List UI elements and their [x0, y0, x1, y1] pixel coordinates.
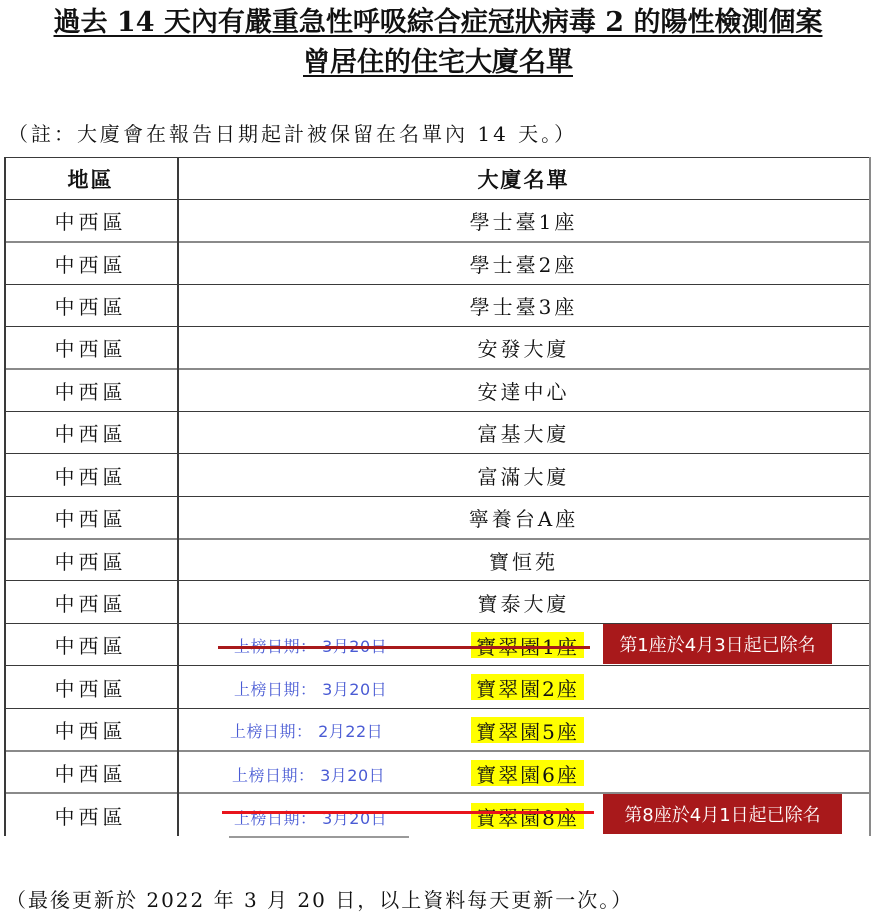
- table-row: 中西區 上榜日期： 3月20日 寶翠園1座 第1座於4月3日起已除名: [4, 623, 870, 665]
- title-line-1: 過去 14 天內有嚴重急性呼吸綜合症冠狀病毒 2 的陽性檢測個案: [0, 6, 876, 40]
- gray-underline: [229, 836, 409, 838]
- building-cell-highlighted: 寶翠園6座: [471, 760, 584, 786]
- table-right-border: [869, 157, 871, 836]
- district-cell: 中西區: [4, 454, 177, 496]
- district-cell: 中西區: [4, 497, 177, 538]
- listing-date: 上榜日期： 3月20日: [234, 677, 387, 700]
- listing-date: 上榜日期： 3月20日: [232, 763, 385, 786]
- district-cell: 中西區: [4, 666, 177, 708]
- table-row: 中西區 寶泰大廈: [4, 580, 870, 623]
- listing-date: 上榜日期： 3月20日: [234, 806, 387, 829]
- building-cell: 學士臺2座: [177, 243, 870, 284]
- district-cell: 中西區: [4, 370, 177, 411]
- building-cell: 學士臺3座: [177, 285, 870, 326]
- building-cell: 學士臺1座: [177, 200, 870, 241]
- table-row: 中西區 富基大廈: [4, 411, 870, 453]
- district-cell: 中西區: [4, 200, 177, 241]
- district-cell: 中西區: [4, 540, 177, 580]
- building-cell-highlighted: 寶翠園5座: [471, 717, 584, 743]
- building-cell: 富基大廈: [177, 412, 870, 453]
- table-header: 地區 大廈名單: [4, 157, 870, 199]
- table-row: 中西區 學士臺1座: [4, 199, 870, 241]
- table-column-divider: [177, 157, 179, 836]
- listing-date: 上榜日期： 2月22日: [230, 719, 383, 742]
- building-cell: 富滿大廈: [177, 454, 870, 496]
- building-cell: 寶恒苑: [177, 540, 870, 580]
- strikethrough-line: [222, 811, 594, 814]
- table-row: 中西區 學士臺3座: [4, 284, 870, 326]
- table-row: 中西區 上榜日期： 3月20日 寶翠園2座: [4, 665, 870, 708]
- header-district: 地區: [4, 158, 177, 199]
- title-line-2-text: 曾居住的住宅大廈名單: [303, 47, 573, 78]
- table-row: 中西區 上榜日期： 2月22日 寶翠園5座: [4, 708, 870, 750]
- building-cell: 安達中心: [177, 370, 870, 411]
- building-cell: 寧養台A座: [177, 497, 870, 538]
- header-building: 大廈名單: [177, 158, 870, 199]
- table-row: 中西區 寧養台A座: [4, 496, 870, 538]
- district-cell: 中西區: [4, 624, 177, 665]
- strikethrough-line: [218, 646, 590, 649]
- district-cell: 中西區: [4, 794, 177, 836]
- title-line-2: 曾居住的住宅大廈名單: [0, 46, 876, 80]
- table-row: 中西區 富滿大廈: [4, 453, 870, 496]
- table-row: 中西區 寶恒苑: [4, 538, 870, 580]
- building-cell-highlighted: 寶翠園1座: [471, 632, 584, 658]
- district-cell: 中西區: [4, 581, 177, 623]
- table-row: 中西區 學士臺2座: [4, 241, 870, 284]
- building-cell-highlighted: 寶翠園2座: [471, 674, 584, 700]
- table-row: 中西區 上榜日期： 3月20日 寶翠園8座 第8座於4月1日起已除名: [4, 792, 870, 836]
- district-cell: 中西區: [4, 243, 177, 284]
- district-cell: 中西區: [4, 752, 177, 792]
- building-cell: 安發大廈: [177, 327, 870, 368]
- removed-badge: 第8座於4月1日起已除名: [603, 794, 842, 834]
- district-cell: 中西區: [4, 709, 177, 750]
- building-cell: 寶泰大廈: [177, 581, 870, 623]
- removed-badge: 第1座於4月3日起已除名: [603, 624, 832, 664]
- building-cell-highlighted: 寶翠園8座: [471, 803, 584, 829]
- district-cell: 中西區: [4, 412, 177, 453]
- table-row: 中西區 上榜日期： 3月20日 寶翠園6座: [4, 750, 870, 792]
- title-line-1-text: 過去 14 天內有嚴重急性呼吸綜合症冠狀病毒 2 的陽性檢測個案: [54, 7, 823, 38]
- last-updated-note: （最後更新於 2022 年 3 月 20 日，以上資料每天更新一次。）: [6, 884, 633, 913]
- table-row: 中西區 安達中心: [4, 368, 870, 411]
- table-row: 中西區 安發大廈: [4, 326, 870, 368]
- retention-note: （註：大廈會在報告日期起計被保留在名單內 14 天。）: [8, 118, 577, 147]
- district-cell: 中西區: [4, 327, 177, 368]
- district-cell: 中西區: [4, 285, 177, 326]
- table-left-border: [4, 157, 6, 836]
